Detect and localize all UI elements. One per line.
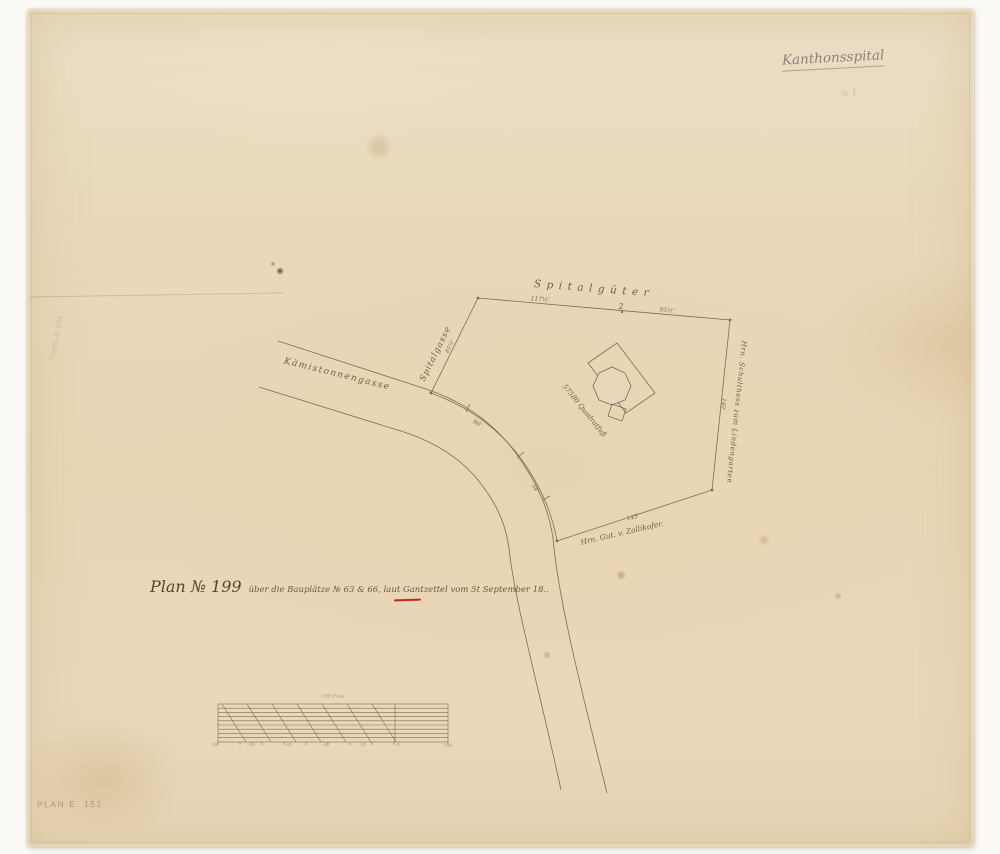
scale-tick: 50 <box>212 743 218 748</box>
measurement-top-right: 95½' <box>659 307 675 314</box>
building-footprint <box>588 343 655 421</box>
scale-tick: 0 <box>397 743 400 748</box>
scale-tick: 20 <box>323 743 329 748</box>
measurement-east: 140' <box>719 398 726 411</box>
scale-tick-labels: 50403020100 <box>212 743 400 748</box>
scale-label: 100 Fuss <box>322 695 345 700</box>
plan-title: Plan № 199 über die Bauplätze № 63 & 66,… <box>150 577 549 596</box>
plan-number: Plan № 199 <box>150 577 242 596</box>
archive-stamp: PLAN E. 151 <box>37 799 103 810</box>
scale-tick: 40 <box>249 743 255 748</box>
plan-drawing <box>0 0 1000 854</box>
scale-end-tick: 150 <box>444 745 453 750</box>
scale-tick: 30 <box>286 743 292 748</box>
scanned-plan-page: { "document": { "archive_title": "Kantho… <box>0 0 1000 854</box>
scale-tick: 10 <box>360 743 366 748</box>
label-plot-number: 2 <box>618 303 623 311</box>
plan-description: über die Bauplätze № 63 & 66, laut Gantz… <box>249 585 549 595</box>
scale-bar <box>218 704 448 745</box>
